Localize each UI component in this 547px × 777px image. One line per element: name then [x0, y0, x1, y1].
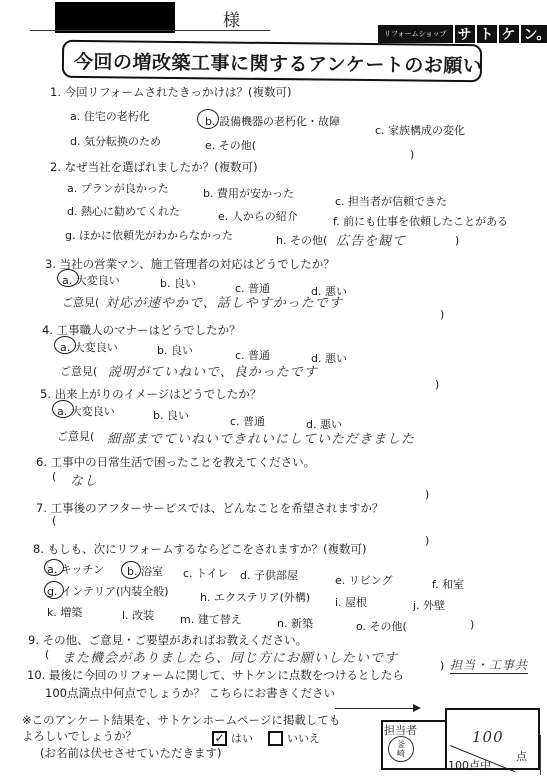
- edge-line: [540, 735, 541, 775]
- q8-option-j[interactable]: j. 外壁: [413, 597, 445, 613]
- score-unit: 点: [516, 748, 527, 764]
- q2-option-c[interactable]: c. 担当者が信頼できた: [335, 193, 447, 209]
- selection-circle: [121, 561, 141, 579]
- q1-option-c[interactable]: c. 家族構成の変化: [375, 122, 465, 138]
- q2-option-f[interactable]: f. 前にも仕事を依頼したことがある: [333, 213, 508, 229]
- q9-note: 担当・工事共: [450, 656, 528, 674]
- q8-option-h[interactable]: h. エクステリア(外構): [200, 589, 310, 605]
- selection-circle: [57, 269, 79, 287]
- q4-question: 4. 工事職人のマナーはどうでしたか？: [42, 322, 241, 338]
- q9-close: ): [440, 659, 444, 672]
- consent-no-label: いいえ: [287, 730, 320, 746]
- q5-comment: 細部までていねいできれいにしていただきました: [107, 428, 415, 447]
- q1-question: 1. 今回リフォームされたきっかけは？(複数可): [50, 84, 292, 100]
- q3-option-b[interactable]: b. 良い: [160, 275, 196, 291]
- q1-option-e[interactable]: e. その他(: [205, 137, 256, 153]
- q4-comment-close: ): [435, 378, 439, 391]
- q8-option-l[interactable]: l. 改装: [122, 607, 154, 623]
- consent-yes-label: はい: [231, 730, 253, 746]
- q8-option-m[interactable]: m. 建て替え: [180, 611, 242, 627]
- q1-option-a[interactable]: a. 住宅の老朽化: [70, 108, 150, 124]
- q2-option-g[interactable]: g. ほかに依頼先がわからなかった: [65, 227, 233, 243]
- q9-question: 9. その他、ご意見・ご要望があればお教えください。: [28, 632, 307, 648]
- selection-circle: [44, 559, 64, 576]
- logo-char: サ: [455, 25, 475, 43]
- q8-option-d[interactable]: d. 子供部屋: [240, 567, 298, 583]
- logo-shop-text: リフォームショップ: [378, 25, 453, 43]
- q8-option-f[interactable]: f. 和室: [432, 576, 464, 592]
- logo-char: ン。: [521, 25, 547, 43]
- q2-option-a[interactable]: a. プランが良かった: [67, 180, 169, 196]
- consent-line1: ※このアンケート結果を、サトケンホームページに掲載しても: [22, 712, 340, 728]
- q8-option-g[interactable]: g. インテリア(内装全般): [47, 583, 169, 599]
- q9-answer: また機会がありましたら、同じ方にお願いしたいです: [62, 647, 398, 666]
- q6-close: ): [425, 488, 429, 501]
- selection-circle: [54, 336, 76, 354]
- q8-other-close: ): [470, 618, 474, 631]
- q5-option-c[interactable]: c. 普通: [230, 413, 265, 429]
- score-value: 100: [472, 728, 504, 746]
- q2-option-h[interactable]: h. その他(: [276, 232, 327, 248]
- q8-option-k[interactable]: k. 増築: [47, 604, 82, 620]
- q4-comment-label: ご意見(: [60, 363, 97, 379]
- q3-comment: 対応が速やかで、話しやすかったです: [105, 292, 343, 311]
- q7-question: 7. 工事後のアフターサービスでは、どんなことを希望されますか？: [36, 500, 383, 516]
- q2-other-answer: 広告を観て: [336, 230, 406, 249]
- q2-option-b[interactable]: b. 費用が安かった: [203, 185, 294, 201]
- stamp-text: 釜 崎: [397, 740, 405, 758]
- consent-yes-checkbox[interactable]: ✓: [212, 731, 227, 746]
- q4-comment: 説明がていねいで、良かったです: [108, 361, 318, 380]
- arrow-line: [335, 708, 415, 709]
- q5-option-b[interactable]: b. 良い: [153, 407, 189, 423]
- q10-question-line1: 10. 最後に今回のリフォームに関して、サトケンに点数をつけるとしたら: [27, 667, 404, 683]
- q6-open: (: [52, 470, 56, 483]
- q2-option-e[interactable]: e. 人からの紹介: [218, 208, 298, 224]
- score-caption: 100点中: [448, 757, 491, 773]
- arrow-right-icon: [413, 704, 421, 712]
- selection-circle: [52, 400, 74, 418]
- q1-other-close: ): [410, 148, 414, 161]
- honorific: 様: [223, 6, 240, 31]
- q10-question-line2: 100点満点中何点でしょうか？ こちらにお書きください: [45, 685, 335, 701]
- q8-option-o[interactable]: o. その他(: [356, 618, 407, 634]
- q8-option-e[interactable]: e. リビング: [335, 572, 393, 588]
- q3-question: 3. 当社の営業マン、施工管理者の対応はどうでしたか？: [45, 256, 335, 272]
- q2-option-d[interactable]: d. 熱心に勧めてくれた: [67, 203, 180, 219]
- logo-char: ト: [477, 25, 497, 43]
- selection-circle: [44, 581, 64, 599]
- logo-char: ケ: [499, 25, 519, 43]
- q3-comment-label: ご意見(: [62, 294, 99, 310]
- redacted-customer-name: [55, 2, 175, 33]
- q8-question: 8. もしも、次にリフォームするならどこをされますか？(複数可): [33, 541, 367, 557]
- q5-comment-label: ご意見(: [57, 428, 94, 444]
- consent-note: (お名前は伏せさせていただきます): [40, 745, 221, 761]
- q4-option-b[interactable]: b. 良い: [157, 342, 193, 358]
- selection-circle: [197, 109, 219, 129]
- q6-question: 6. 工事中の日常生活で困ったことを教えてください。: [36, 454, 315, 470]
- q6-answer: なし: [70, 470, 98, 489]
- consent-line2: よろしいでしょうか？: [22, 728, 137, 744]
- page-title: 今回の増改築工事に関するアンケートのお願い: [74, 47, 483, 78]
- q1-option-b[interactable]: b. 設備機器の老朽化・故障: [205, 113, 340, 129]
- q2-question: 2. なぜ当社を選ばれましたか？(複数可): [50, 159, 258, 175]
- staff-stamp: 釜 崎: [388, 736, 414, 762]
- consent-yes-option[interactable]: ✓ はい: [212, 730, 253, 746]
- consent-no-option[interactable]: いいえ: [268, 730, 320, 746]
- q3-comment-close: ): [440, 308, 444, 321]
- consent-no-checkbox[interactable]: [268, 731, 283, 746]
- q8-option-n[interactable]: n. 新築: [277, 615, 313, 631]
- q7-close: ): [425, 534, 429, 547]
- q8-option-c[interactable]: c. トイレ: [183, 565, 229, 581]
- q8-option-i[interactable]: i. 屋根: [335, 594, 367, 610]
- q2-other-close: ): [455, 234, 459, 247]
- q7-open: (: [52, 514, 56, 527]
- q9-open: (: [45, 648, 49, 661]
- q1-option-d[interactable]: d. 気分転換のため: [70, 133, 161, 149]
- company-logo: リフォームショップ サ ト ケ ン。: [378, 25, 547, 43]
- q5-question: 5. 出来上がりのイメージはどうでしたか？: [40, 386, 261, 402]
